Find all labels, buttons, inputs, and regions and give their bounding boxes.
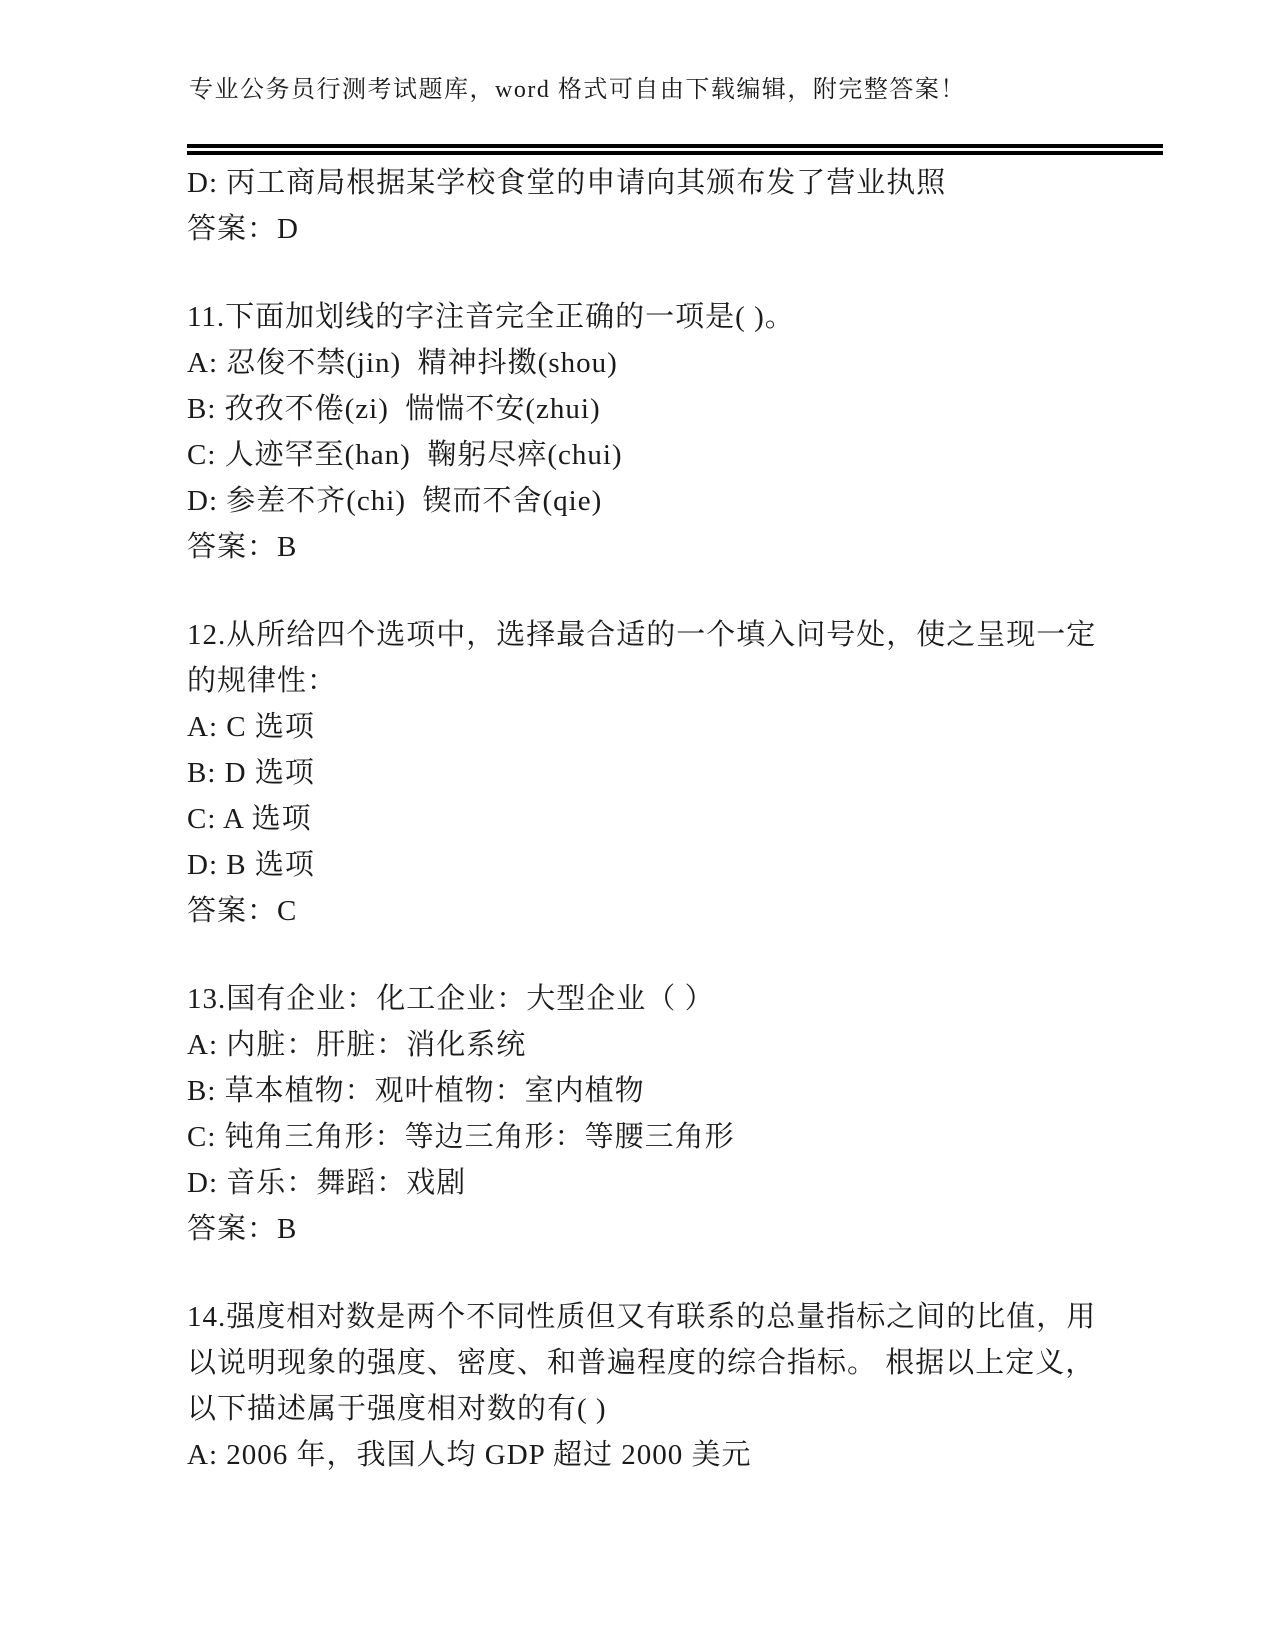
question-stem-line: 14.强度相对数是两个不同性质但又有联系的总量指标之间的比值，用 — [187, 1294, 1177, 1340]
question-stem-line: 11.下面加划线的字注音完全正确的一项是( )。 — [187, 294, 1177, 340]
option-line: D: B 选项 — [187, 842, 1177, 888]
option-line: B: 草本植物：观叶植物：室内植物 — [187, 1068, 1177, 1114]
doc-header-note: 专业公务员行测考试题库，word 格式可自由下载编辑，附完整答案！ — [189, 74, 966, 106]
option-line: B: D 选项 — [187, 750, 1177, 796]
option-line: A: 内脏：肝脏：消化系统 — [187, 1022, 1177, 1068]
question-stem-line: 12.从所给四个选项中，选择最合适的一个填入问号处，使之呈现一定 — [187, 612, 1177, 658]
option-line: D: 参差不齐(chi) 锲而不舍(qie) — [187, 478, 1177, 524]
header-double-rule — [187, 144, 1163, 155]
answer-line: 答案：B — [187, 524, 1177, 570]
option-line: A: C 选项 — [187, 704, 1177, 750]
doc-body: D: 丙工商局根据某学校食堂的申请向其颁布发了营业执照 答案：D 11.下面加划… — [187, 160, 1177, 1478]
option-line: A: 2006 年，我国人均 GDP 超过 2000 美元 — [187, 1432, 1177, 1478]
option-line: C: 人迹罕至(han) 鞠躬尽瘁(chui) — [187, 432, 1177, 478]
option-line: D: 丙工商局根据某学校食堂的申请向其颁布发了营业执照 — [187, 160, 1177, 206]
answer-line: 答案：D — [187, 206, 1177, 252]
option-line: A: 忍俊不禁(jin) 精神抖擞(shou) — [187, 340, 1177, 386]
answer-line: 答案：B — [187, 1206, 1177, 1252]
answer-line: 答案：C — [187, 888, 1177, 934]
option-line: C: 钝角三角形：等边三角形：等腰三角形 — [187, 1114, 1177, 1160]
option-line: D: 音乐：舞蹈：戏剧 — [187, 1160, 1177, 1206]
question-stem-line: 13.国有企业：化工企业：大型企业（ ） — [187, 976, 1177, 1022]
question-stem-line: 的规律性： — [187, 658, 1177, 704]
question-10-tail: D: 丙工商局根据某学校食堂的申请向其颁布发了营业执照 答案：D — [187, 160, 1177, 252]
document-page: 专业公务员行测考试题库，word 格式可自由下载编辑，附完整答案！ D: 丙工商… — [0, 0, 1275, 1650]
option-line: B: 孜孜不倦(zi) 惴惴不安(zhui) — [187, 386, 1177, 432]
question-stem-line: 以下描述属于强度相对数的有( ) — [187, 1386, 1177, 1432]
option-line: C: A 选项 — [187, 796, 1177, 842]
question-13: 13.国有企业：化工企业：大型企业（ ） A: 内脏：肝脏：消化系统 B: 草本… — [187, 976, 1177, 1252]
question-12: 12.从所给四个选项中，选择最合适的一个填入问号处，使之呈现一定 的规律性： A… — [187, 612, 1177, 934]
question-11: 11.下面加划线的字注音完全正确的一项是( )。 A: 忍俊不禁(jin) 精神… — [187, 294, 1177, 570]
question-14: 14.强度相对数是两个不同性质但又有联系的总量指标之间的比值，用 以说明现象的强… — [187, 1294, 1177, 1478]
question-stem-line: 以说明现象的强度、密度、和普遍程度的综合指标。 根据以上定义， — [187, 1340, 1177, 1386]
